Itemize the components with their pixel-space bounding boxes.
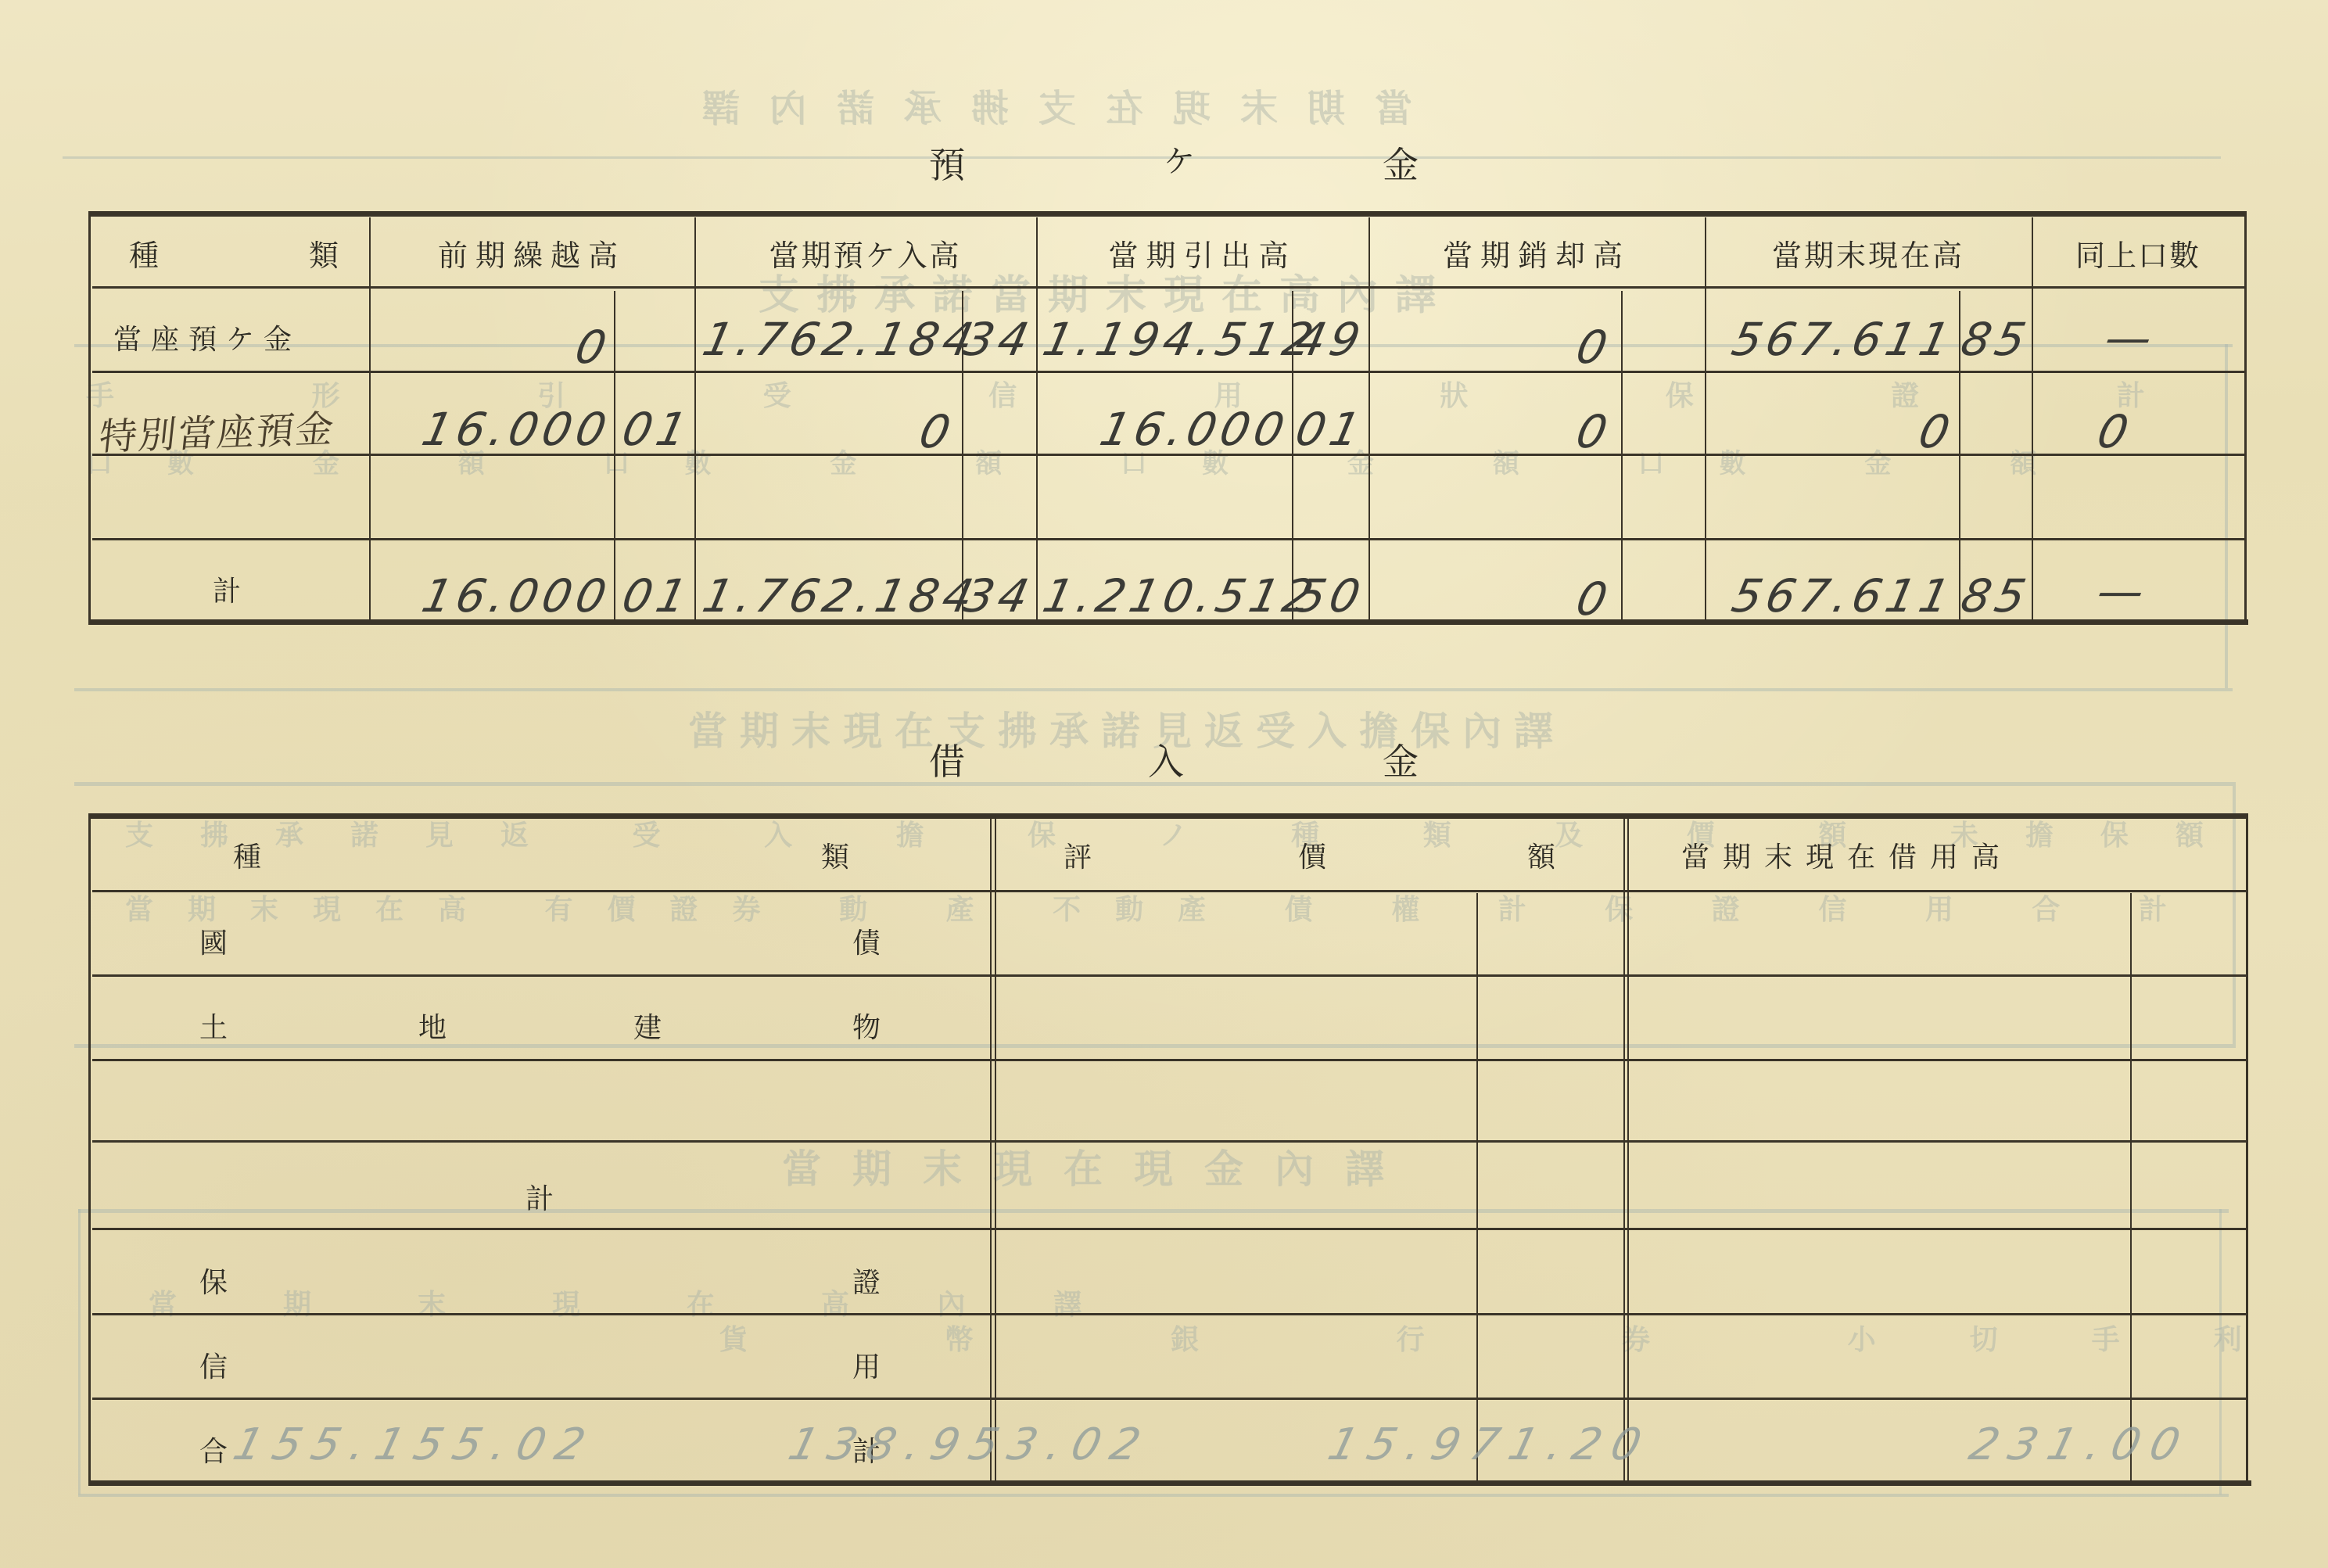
cell-withdrawn-sen: 01: [1288, 403, 1369, 456]
cell-carried-forward: 0: [378, 321, 615, 374]
header-valuation-3: 額: [1527, 835, 1555, 875]
cell-balance: 0: [1707, 405, 1959, 458]
col-divider: [369, 217, 371, 621]
table-border-top: [88, 813, 2248, 819]
header-valuation-1: 評: [1064, 835, 1092, 875]
total-carried-forward-sen: 01: [610, 569, 696, 623]
header-written-off: 當期銷却高: [1368, 231, 1705, 274]
col-divider: [1627, 818, 1629, 1483]
sen-divider: [2130, 893, 2132, 1481]
total-withdrawn-sen: 50: [1288, 569, 1369, 623]
cell-balance-sen: 85: [1955, 313, 2035, 366]
col-divider: [995, 818, 996, 1483]
sen-divider: [1476, 893, 1478, 1481]
header-accounts: 同上口數: [2032, 231, 2244, 274]
bleed-line: [78, 1209, 2229, 1213]
borrowings-title-char-3: 金: [1383, 734, 1419, 785]
cell-accounts: —: [2090, 311, 2172, 364]
row-divider: [92, 974, 2247, 977]
bleed-line: [63, 156, 2221, 159]
col-divider: [1036, 217, 1038, 621]
header-type-left: 種: [129, 231, 159, 274]
table-border-right: [2246, 813, 2248, 1486]
header-type-right: 類: [821, 835, 849, 875]
sen-divider: [1621, 291, 1623, 621]
table-border-top: [88, 211, 2247, 217]
header-divider: [92, 890, 2247, 892]
row-divider: [92, 1140, 2247, 1143]
header-type-left: 種: [233, 835, 261, 875]
row-subtotal-label: 計: [526, 1177, 554, 1217]
cell-carried-forward: 16.000: [378, 403, 615, 456]
col-divider: [2032, 217, 2033, 621]
total-deposited-sen: 34: [958, 569, 1038, 623]
bleed-heading-cash: 當期末現在現金內譯: [782, 1138, 1415, 1194]
bleed-heading-top: 當期末現在支拂承諾內譯: [673, 78, 1412, 132]
bleed-cash-row2: 貨 幣 銀 行 券 小切手利札ノ類: [719, 1318, 2328, 1358]
bleed-cash-row1: 當 期 末 現 在 高 內 譯: [149, 1283, 1121, 1322]
total-balance-sen: 85: [1955, 569, 2035, 623]
table-border-right: [2244, 211, 2247, 625]
row-land-buildings-1: 土: [199, 1006, 228, 1046]
row-national-bonds-right: 債: [852, 921, 881, 961]
total-carried-forward: 16.000: [378, 569, 615, 623]
bleed-line: [74, 1044, 2233, 1048]
row-guarantee-right: 證: [852, 1261, 881, 1301]
col-divider: [1368, 217, 1370, 621]
cell-withdrawn: 16.000: [1038, 403, 1293, 456]
header-deposited: 當期預ケ入高: [694, 231, 1036, 274]
borrowings-title-char-1: 借: [929, 734, 965, 785]
col-divider: [990, 818, 992, 1483]
total-accounts: —: [2082, 565, 2164, 618]
row-divider: [92, 1228, 2247, 1230]
table-border-left: [88, 813, 91, 1486]
bleed-line: [78, 1494, 2229, 1497]
row-divider: [92, 1398, 2247, 1400]
row-land-buildings-3: 建: [633, 1006, 662, 1046]
bleed-lower-row2: 當期末現在高 有價證券 動 產 不動產 債 權 計 保 證 信 用 合 計: [125, 888, 2201, 928]
row-national-bonds-left: 國: [199, 921, 228, 961]
total-balance: 567.611: [1707, 569, 1959, 623]
row-guarantee-left: 保: [199, 1261, 228, 1301]
row-grand-total-left: 合: [199, 1430, 228, 1469]
row-divider: [92, 538, 2244, 540]
row-credit-right: 用: [852, 1345, 881, 1385]
total-written-off: 0: [1371, 572, 1616, 626]
bleed-pencil-value-4: 231.00: [1964, 1419, 2196, 1470]
col-divider: [694, 217, 696, 621]
cell-deposited: 1.762.184: [698, 313, 960, 366]
table-border-left: [88, 211, 91, 625]
total-deposited: 1.762.184: [698, 569, 960, 623]
deposits-title-char-1: 預: [929, 137, 965, 188]
row-divider: [92, 1059, 2247, 1061]
row-land-buildings-2: 地: [418, 1006, 447, 1046]
cell-accounts: 0: [2075, 405, 2156, 458]
header-valuation-2: 價: [1298, 835, 1326, 875]
header-balance: 當期末現在借用高: [1681, 835, 2013, 875]
header-balance: 當期末現在高: [1705, 231, 2032, 274]
bleed-line: [74, 688, 2233, 691]
col-divider: [1705, 217, 1706, 621]
deposits-title-char-3: 金: [1383, 137, 1419, 188]
cell-withdrawn-sen: 49: [1288, 313, 1369, 366]
header-carried-forward: 前期繰越高: [369, 231, 694, 274]
cell-written-off: 0: [1371, 405, 1616, 458]
row-land-buildings-4: 物: [852, 1006, 881, 1046]
bleed-pencil-value-1: 155.155.02: [228, 1419, 601, 1470]
cell-withdrawn: 1.194.512: [1038, 313, 1293, 366]
bleed-line: [78, 1209, 81, 1494]
table-border-bottom: [88, 1480, 2251, 1486]
header-withdrawn: 當期引出高: [1036, 231, 1368, 274]
row-type-current-deposit: 當座預ケ金: [113, 318, 301, 357]
cell-carried-forward-sen: 01: [610, 403, 696, 456]
borrowings-title-char-2: 入: [1148, 734, 1184, 785]
bleed-pencil-value-2: 138.953.02: [784, 1419, 1157, 1470]
cell-deposited: 0: [698, 405, 960, 458]
deposits-title-char-2: ケ: [1164, 137, 1195, 181]
row-type-special-deposit: 特別當座預金: [97, 399, 339, 461]
row-credit-left: 信: [199, 1345, 228, 1385]
col-divider: [1623, 818, 1625, 1483]
row-total-label: 計: [213, 569, 241, 609]
cell-written-off: 0: [1371, 321, 1616, 374]
row-divider: [92, 1313, 2247, 1315]
bleed-heading-lower: 當期末現在支拂承諾見返受入擔保內譯: [688, 700, 1566, 756]
header-divider: [92, 286, 2244, 289]
cell-balance: 567.611: [1707, 313, 1959, 366]
bleed-pencil-value-3: 15.971.20: [1323, 1419, 1657, 1470]
header-type-right: 類: [309, 231, 339, 274]
cell-deposited-sen: 34: [958, 313, 1038, 366]
total-withdrawn: 1.210.512: [1038, 569, 1293, 623]
